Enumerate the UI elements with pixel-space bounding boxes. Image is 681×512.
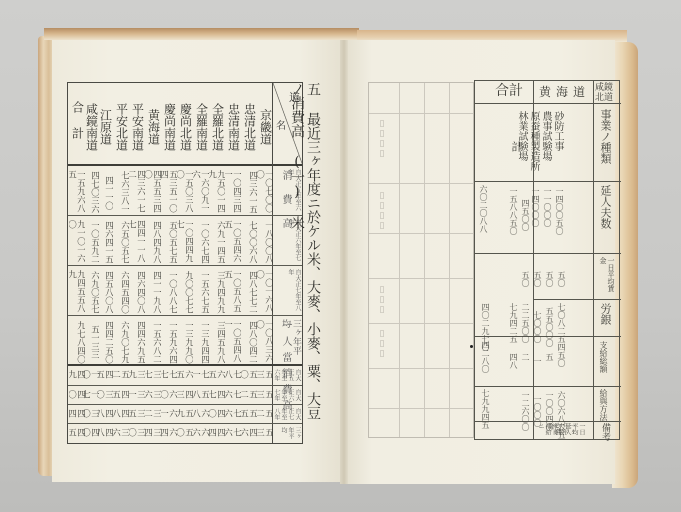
table-cell: 一五九六八五: [69, 166, 85, 215]
table-cell: 六五〇: [177, 366, 193, 385]
table-cell: 一〇六七四: [193, 216, 209, 265]
table-cell: 七一九: [193, 366, 209, 385]
table-cell: 四六四一五: [97, 216, 113, 265]
table-cell: 四六四〇八: [129, 266, 145, 315]
province-header: 京畿道: [257, 83, 273, 166]
table-cell: 四一一九八: [145, 266, 161, 315]
table-cell: 一五〇三八〇: [177, 166, 193, 215]
table-cell: 一〇一六八〇: [257, 266, 273, 315]
table-row: 自大正五年至六年 一〇七〇〇〇 四三六一五 一〇四三四一 九五〇一四九 一六〇九…: [68, 166, 302, 216]
table-cell: 七六三八一: [113, 166, 129, 215]
table-cell: 一〇七〇〇〇: [257, 166, 273, 215]
province-header: 全羅北道: [209, 83, 225, 166]
table-cell: 四四九: [69, 405, 85, 423]
table-cell: 七六七: [225, 424, 241, 443]
table-cell: 四八六: [97, 424, 113, 443]
province-header: 全羅南道: [193, 83, 209, 166]
table-cell: 四五八〇八: [97, 266, 113, 315]
rice-consumption-table: 京畿道 忠清北道 忠清南道 全羅北道 全羅南道 慶尚北道 慶尚南道 黄海道 平安…: [67, 82, 303, 444]
table-cell: 三四五九八: [209, 316, 225, 364]
value-cell: 七〇八二五: [557, 303, 566, 343]
table-cell: 四六〇: [241, 424, 257, 443]
table-cell: 四五〇: [97, 366, 113, 385]
table-cell: 五三〇: [257, 424, 273, 443]
table-cell: 一三九四四: [193, 316, 209, 364]
table-cell: 四三六一五: [241, 166, 257, 215]
value-cell: 四五〇: [557, 343, 566, 367]
table-cell: 一七八: [83, 386, 99, 404]
project-type: 砂防工事: [551, 111, 563, 177]
table-cell: 六九一四五: [209, 216, 225, 265]
table-cell: 五〇五七五: [161, 216, 177, 265]
table-cell: 一〇五九二: [83, 216, 99, 265]
table-cell: 五二〇: [241, 386, 257, 404]
value-cell: 四五〇〇: [521, 199, 530, 231]
table-cell: 四四六九五: [129, 316, 145, 364]
table-cell: 三〇一: [129, 424, 145, 443]
table-cell: 一八〇〇八: [257, 216, 273, 265]
table-cell: 六四〇: [161, 424, 177, 443]
remark-cell: 米麥補給ニ: [537, 423, 558, 439]
book-edge-top-left: [44, 28, 359, 40]
table-cell: 六九〇七九: [113, 316, 129, 364]
table-cell: 一〇四四九七: [177, 216, 193, 265]
table-cell: 三七〇: [145, 366, 161, 385]
value-cell: 五五〇〇〇: [545, 307, 554, 347]
labor-main-table: 合計 黄海道 咸鏡北道 砂防工事 農事試験場 原蚕種製造所 林業試験場 計 一四…: [474, 80, 620, 440]
table-row: 自大正六年至七年 一八〇〇八 七〇〇六八 一〇五四六五 六九一四五 一〇六七四 …: [68, 216, 302, 266]
table-cell: 五二〇: [257, 405, 273, 423]
table-cell: 六九〇五七: [83, 266, 99, 315]
value-cell: 一一〇〇〇: [543, 187, 552, 227]
table-cell: 三六九: [145, 386, 161, 404]
value-cell: 五〇: [533, 271, 542, 287]
table-cell: 六八五: [193, 405, 209, 423]
value-cell: 一四〇〇〇: [531, 187, 540, 227]
table-cell: 七六七: [225, 386, 241, 404]
table-cell: 一五九六四: [161, 316, 177, 364]
table-cell: 四〇八: [83, 424, 99, 443]
table-cell: 四九四: [69, 366, 85, 385]
project-type: 農事試験場: [539, 111, 551, 177]
row-label: 給與方法: [599, 389, 608, 421]
table-cell: 五〇〇: [241, 366, 257, 385]
province-header: 忠清北道: [241, 83, 257, 166]
value-cell: 七九四二五: [509, 303, 518, 343]
table-row: 三ヶ年平均 五三〇 四六〇 七六七 四四〇 六六一 五〇〇 六四〇 三四六 三〇…: [68, 424, 302, 443]
table-cell: 一〇五四八一: [225, 316, 241, 364]
value-cell: 五〇: [557, 271, 566, 287]
table-row: 自大正七年至八年 五二〇 五五〇 七六七 四〇〇 六八五 五九七 六一〇 三二一…: [68, 405, 302, 424]
table-cell: 九七八四〇: [69, 316, 85, 364]
table-cell: 一〇一: [83, 366, 99, 385]
table-cell: 四四二五〇: [97, 316, 113, 364]
row-label: 一日平均賃金: [599, 257, 615, 297]
faded-text: ▯▯▯▯: [377, 119, 387, 159]
value-cell: 二二五〇〇: [521, 303, 530, 343]
table-cell: 六四五四〇: [113, 266, 129, 315]
table-row: 自大正七年至八年 一〇一六八〇 四八七七二 一〇五八五五 三九四九九 一五六七五…: [68, 266, 302, 316]
table-cell: 三二一: [145, 405, 161, 423]
table-cell: 七〇〇六八: [241, 216, 257, 265]
table-row: 自大正五年至六年 五三〇 五〇〇 七八七 六五四 七一九 六五〇 七七八 三七〇…: [68, 366, 302, 386]
row-label: 支給総額: [599, 341, 608, 385]
row-label: 備考: [599, 423, 610, 441]
table-cell: 七七八: [161, 366, 177, 385]
table-cell: 六五〇五七: [113, 216, 129, 265]
province-header: 平安北道: [113, 83, 129, 166]
table-cell: 一五六七五: [193, 266, 209, 315]
table-cell: 五二四: [113, 366, 129, 385]
header-region-b: 黄海道: [539, 85, 590, 99]
row-label: 労銀: [599, 303, 612, 333]
value-cell: 一二六〇〇: [521, 391, 530, 431]
table-cell: 九四五五八九: [69, 266, 85, 315]
value-cell: 二: [521, 353, 530, 361]
value-cell: 一五八八五〇: [509, 187, 518, 235]
value-cell: 四八: [509, 353, 518, 369]
table-cell: 三四六: [145, 424, 161, 443]
province-header: 慶尚南道: [161, 83, 177, 166]
header-region-a: 咸鏡北道: [595, 83, 619, 103]
value-cell: 一四〇〇五〇: [555, 187, 564, 235]
value-cell: 四二八〇: [481, 341, 490, 373]
table-cell: 六六一: [193, 424, 209, 443]
table-cell: 四八六: [113, 405, 129, 423]
value-cell: 五: [545, 353, 554, 361]
table-cell: 四八〇四二: [241, 316, 257, 364]
table-cell: 四一一〇: [97, 166, 113, 215]
show-through-table: ▯▯▯▯ ▯▯▯▯ ▯▯▯ ▯▯▯: [368, 82, 474, 438]
table-cell: 五八〇: [193, 386, 209, 404]
table-cell: 三一一: [129, 386, 145, 404]
page-title: 五 最近三ヶ年度ニ於ケル米、大麥、小麥、粟、大豆ノ消費高 (一) 米: [301, 82, 321, 427]
table-cell: 五五〇: [241, 405, 257, 423]
value-cell: 一: [533, 357, 542, 365]
table-cell: 四三一: [177, 386, 193, 404]
table-cell: 四〇〇: [69, 386, 85, 404]
row-label: 自大正七年至八年: [272, 266, 302, 315]
value-cell: 六〇二〇八八: [479, 185, 488, 233]
table-cell: 九一〇一六〇: [69, 216, 85, 265]
faded-text: ▯▯▯▯: [377, 191, 387, 231]
value-cell: 五〇: [545, 271, 554, 287]
province-header: 黄海道: [145, 83, 161, 166]
labor-table: ▯▯▯▯ ▯▯▯▯ ▯▯▯ ▯▯▯ 合計 黄海道 咸鏡北道 砂防工事 農事試験場…: [368, 80, 620, 440]
table-cell: 五九七: [177, 405, 193, 423]
table-cell: 一〇四三四一: [225, 166, 241, 215]
province-header: 忠清南道: [225, 83, 241, 166]
table-cell: 四四一一八七: [129, 216, 145, 265]
table-cell: 三九四九九: [209, 266, 225, 315]
table-cell: 四三六一七二: [129, 166, 145, 215]
table-cell: 三六九: [113, 424, 129, 443]
table-cell: 三〇〇: [97, 386, 113, 404]
value-cell: 五〇: [521, 271, 530, 287]
table-cell: 四四〇: [209, 424, 225, 443]
table-cell: 四五五三四〇: [145, 166, 161, 215]
table-cell: 三五〇: [129, 405, 145, 423]
project-type-total: 計: [509, 141, 523, 152]
table-cell: 一〇五八五五: [225, 266, 241, 315]
table-cell: 四八四九八: [145, 216, 161, 265]
table-cell: 九五〇一四九: [209, 166, 225, 215]
province-header-total: 合計: [69, 83, 85, 166]
faded-text: ▯▯▯: [377, 285, 387, 315]
table-cell: 六五四: [209, 366, 225, 385]
province-header: 慶尚北道: [177, 83, 193, 166]
value-cell: 七〇〇〇: [533, 311, 542, 343]
ink-spot: [470, 345, 473, 348]
table-cell: 四八〇: [97, 405, 113, 423]
book-gutter: [340, 40, 348, 484]
table-cell: 五三〇: [257, 366, 273, 385]
province-header: 平安南道: [129, 83, 145, 166]
table-cell: 三九九: [129, 366, 145, 385]
faded-text: ▯▯▯: [377, 329, 387, 359]
table-cell: 六一〇: [161, 405, 177, 423]
table-row: 自大正六年至七年 五三〇 五二〇 七六七 四七五 五八〇 四三一 六〇〇 三六九…: [68, 386, 302, 405]
table-cell: 四五四: [69, 424, 85, 443]
province-header-row: 京畿道 忠清北道 忠清南道 全羅北道 全羅南道 慶尚北道 慶尚南道 黄海道 平安…: [68, 83, 302, 166]
province-header: 咸鏡南道: [83, 83, 99, 166]
table-cell: 一〇八三六〇: [257, 316, 273, 364]
table-cell: 一五六八二: [145, 316, 161, 364]
value-cell: 七九九四五: [481, 389, 490, 429]
table-cell: 九〇〇七七: [177, 266, 193, 315]
table-cell: 五三〇: [257, 386, 273, 404]
table-cell: 七六七: [225, 405, 241, 423]
header-total: 合計: [495, 84, 523, 98]
table-cell: 七八七: [225, 366, 241, 385]
table-cell: 一〇八八七: [161, 266, 177, 315]
project-type: 原蚕種製造所: [527, 111, 539, 177]
province-header: 江原道: [97, 83, 113, 166]
table-cell: 四八七七二: [241, 266, 257, 315]
row-label: 事業ノ種類: [599, 109, 612, 179]
table-cell: 一〇五四六五: [225, 216, 241, 265]
table-cell: 五三五一〇四: [161, 166, 177, 215]
table-cell: 六〇〇: [161, 386, 177, 404]
table-cell: 一三九九〇: [177, 316, 193, 364]
table-cell: 四七五: [209, 386, 225, 404]
corner-header-bottom: 名: [276, 117, 286, 132]
table-row: 三ヶ年平均 一〇八三六〇 四八〇四二 一〇五四八一 三四五九八 一三九四四 一三…: [68, 316, 302, 366]
table-cell: 三〇〇: [83, 405, 99, 423]
table-cell: 五〇〇: [177, 424, 193, 443]
table-cell: 一六〇九一六: [193, 166, 209, 215]
table-cell: 四〇〇: [209, 405, 225, 423]
table-cell: 四七〇三六: [83, 166, 99, 215]
group-label-per-capita: 一人當消費高: [279, 320, 291, 430]
table-cell: 四五五: [113, 386, 129, 404]
open-book: 京畿道 忠清北道 忠清南道 全羅北道 全羅南道 慶尚北道 慶尚南道 黄海道 平安…: [0, 0, 681, 512]
row-label: 延人夫数: [599, 185, 612, 251]
table-cell: 五一三三: [83, 316, 99, 364]
